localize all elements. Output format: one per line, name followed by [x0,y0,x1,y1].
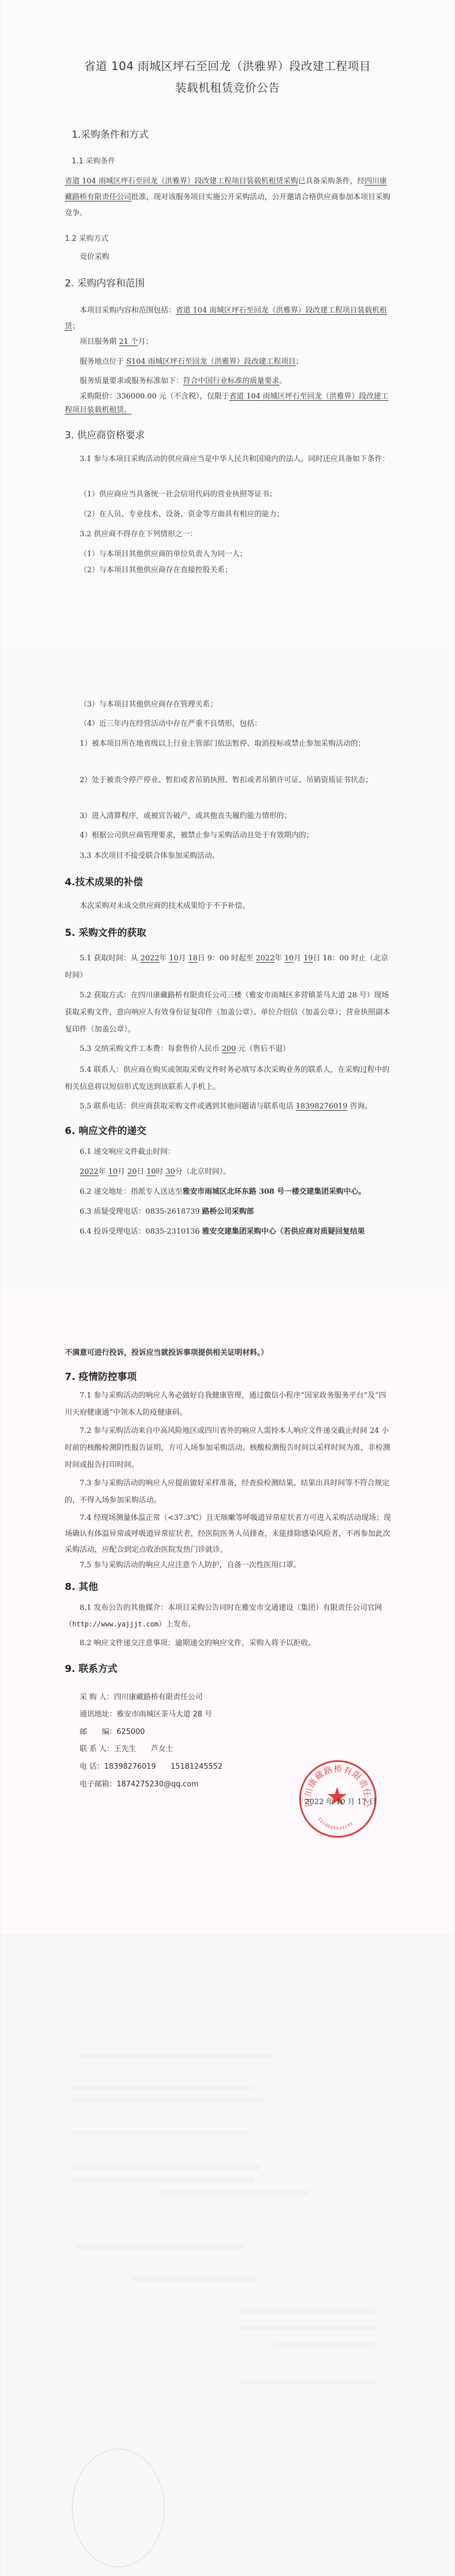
section-7-4: 7.4 经现场测量体温正常（<37.3℃）且无咳嗽等呼吸道异常症状者方可进入采购… [65,1510,391,1558]
text: 路桥公司采购部 [202,1207,254,1216]
price-limit: 采购限价：336000.00 元（不含税），仅限于省道 104 雨城区坪石至回龙… [65,390,391,417]
label: 电子邮箱： [80,1780,117,1789]
show-through-line [239,2380,376,2385]
deadline-day: 20 [127,1168,137,1176]
contact-person-row: 联 系 人：王先生 芦女士 [65,1741,391,1757]
show-through-line [72,2098,265,2103]
address-value: 雅安市雨城区茶马大道 28 号 [117,1710,212,1719]
deadline-month: 10 [108,1168,118,1176]
text: 6.4 投诉受理电话：0835-2310136 [80,1227,200,1236]
show-through-line [72,2165,259,2170]
section-3-2-sub-1: 1）被本项目所在地省级以上行业主管部门依法暂停、取消投标或禁止参加采购活动的； [65,736,391,753]
section-8-1: 8.1 发布公告的其他媒介：本项目采购公告同时在雅安市交通建设（集团）有限责任公… [65,1600,391,1633]
section-3-2-sub-3: 3）进入清算程序，或被宣告破产，或其他丧失履约能力情形的； [65,808,391,824]
email-value[interactable]: 1874275230@qq.com [117,1780,198,1789]
text: 6.3 质疑受理电话：0835-2618739 [80,1207,200,1216]
section-3-2-item-3: （3）与本项目其他供应商存在管理关系； [65,697,391,713]
text: ； [72,322,80,331]
section-7-5: 7.5 参与采购活动的响应人应注意个人防护，自备一次性医用口罩。 [65,1558,391,1573]
project-name-underlined: 省道 104 雨城区坪石至回龙（洪雅界）段改建工程项目装载机租赁采购 [65,177,298,186]
end-day: 19 [304,954,313,963]
section-2-heading: 2. 采购内容和范围 [65,275,145,289]
location-value: S104 雨城区坪石至回龙（洪雅界）段改建工程项目 [126,358,296,366]
section-1-2-heading: 1.2 采购方式 [65,232,109,243]
section-3-1-item-1: （1）供应商应当具备统一社会信用代码的营业执照等证书； [65,487,391,503]
service-quality: 服务质量要求或服务标准如下：符合中国行业标准的质量要求。 [65,373,391,389]
section-6-3: 6.3 质疑受理电话：0835-2618739 路桥公司采购部 [65,1204,391,1220]
text: 雅安交建集团采购中心（若供应商对质疑回复结果 [202,1227,365,1236]
scope-paragraph: 本项目采购内容和范围包括：省道 104 雨城区坪石至回龙（洪雅界）段改建工程项目… [65,303,391,335]
show-through-line [72,2178,254,2183]
text: 5.5 联系电话：供应商获取采购文件或遇到其他问题请与联系电话 [80,1102,293,1111]
section-5-1: 5.1 获取时间：从 2022年 10月 18日 9：00 时起至 2022年 … [65,950,391,984]
text: 本项目采购内容和范围包括： [80,306,176,315]
section-6-1: 6.1 递交响应文件截止时间： [65,1144,391,1160]
title-line-1: 省道 104 雨城区坪石至回龙（洪雅界）段改建工程项目 [1,55,454,77]
text: 已具备采购条件，经 [298,177,365,186]
section-6-4-continued: 不满意可进行投诉，投诉应当就投诉事项提供相关证明材料。） [65,1345,391,1361]
section-7-2: 7.2 参与采购活动来自中高风险地区或四川省外的响应人需持本人响应文件递交截止时… [65,1423,391,1474]
text: 。 [279,377,287,385]
text: 元（售后不退） [238,1045,290,1053]
page-2: （3）与本项目其他供应商存在管理关系； （4）近三年内在经营活动中存在严重不良情… [1,644,454,1289]
signature-date: 2022 年 10 月 17 日 [305,1796,377,1806]
text: 月； [138,338,153,346]
label: 通讯地址： [80,1710,117,1719]
section-3-2-sub-4: 4）根据公司供应商管理要求，被禁止参与采购活动且处于有效期内的； [65,828,391,844]
section-3-2-item-1: （1）与本项目其他供应商的单位负责人为同一人； [65,547,391,562]
text: ）上发布。 [159,1620,196,1629]
text: 服务地点位于 [80,358,124,366]
text: 项目服务期 [80,338,117,346]
website-link[interactable]: http://www.yajjjt.com [72,1620,159,1628]
deadline-minute: 30 [166,1168,175,1176]
section-1-heading: 1.采购条件和方式 [72,126,148,141]
show-through-line [274,2343,376,2348]
seal-serial: 5118025034105 [317,1817,354,1830]
section-7-heading: 7. 疫情防控事项 [65,1369,136,1383]
service-period: 项目服务期 21 个月； [65,334,391,350]
text: 咨询。 [350,1102,372,1111]
section-5-heading: 5. 采购文件的获取 [65,925,146,939]
section-3-2-item-4: （4）近三年内在经营活动中存在严重不良情形，包括： [65,716,391,732]
label: 采 购 人： [80,1693,114,1702]
section-3-1: 3.1 参与本项目采购活动的供应商应当是中华人民共和国境内的法人。同时还应具备如… [65,451,391,467]
submission-deadline: 2022年 10月 20日 10时 30分（北京时间）。 [65,1164,391,1180]
end-month: 10 [284,954,294,963]
title-line-2: 装载机租赁竞价公告 [1,77,454,98]
text: 5.3 交纳采购文件工本费：每套售价人民币 [80,1045,220,1053]
section-5-4: 5.4 联系人：供应商在购买或领取采购文件时务必填写本次采购业务的联系人，在采购… [65,1062,391,1096]
deadline-hour: 10 [147,1168,156,1176]
svg-text:5118025034105: 5118025034105 [317,1817,354,1830]
section-5-2: 5.2 获取方式：在四川康藏路桥有限责任公司三楼（雅安市雨城区多营镇茶马大道 2… [65,987,391,1038]
section-3-heading: 3. 供应商资格要求 [65,427,145,441]
end-year: 2022 [256,954,275,963]
show-through-line [131,2276,257,2281]
address-row: 通讯地址：雅安市雨城区茶马大道 28 号 [65,1707,391,1723]
section-4-heading: 4.技术成果的补偿 [65,874,143,888]
show-through-line [239,2308,376,2314]
section-3-2-sub-2: 2）处于被责令停产停业、暂扣或者吊销执照、暂扣或者吊销许可证、吊销资质证书状态； [65,772,391,789]
start-day: 18 [188,954,198,963]
section-8-2: 8.2 响应文件递交注意事项：逾期递交的响应文件，采购人将予以拒收。 [65,1636,391,1651]
section-7-1: 7.1 参与采购活动的响应人务必做好自我健康管理，通过微信小程序“国家政务服务平… [65,1387,391,1421]
page-1: 省道 104 雨城区坪石至回龙（洪雅界）段改建工程项目 装载机租赁竞价公告 1.… [1,0,454,644]
section-3-2: 3.2 供应商不得存在下列情形之一： [65,527,391,543]
section-1-1-heading: 1.1 采购条件 [72,155,115,166]
text: 分（北京时间）。 [175,1168,231,1176]
show-through-line [75,2244,245,2249]
section-4-text: 本次采购对未成交供应商的技术成果给于不予补偿。 [65,898,391,914]
procurement-method: 竞价采购 [65,249,391,265]
show-through-line [80,2053,274,2059]
service-location: 服务地点位于 S104 雨城区坪石至回龙（洪雅界）段改建工程项目； [65,354,391,370]
show-through-line [160,2190,308,2195]
text: ； [296,358,303,366]
section-6-2: 6.2 递交地址：指派专人送达至雅安市雨城区北环东路 308 号一楼交建集团采购… [65,1184,391,1200]
start-month: 10 [169,954,179,963]
section-9-heading: 9. 联系方式 [65,1661,117,1675]
text: 采购限价：336000.00 元（不含税），仅限于 [80,392,229,401]
show-through-line [72,2085,254,2090]
label: 邮 编： [80,1728,117,1736]
quality-value: 符合中国行业标准的质量要求 [183,377,279,385]
submission-address: 雅安市雨城区北环东路 308 号一楼交建集团采购中心。 [183,1188,366,1196]
contact-names: 王先生 芦女士 [114,1745,173,1753]
section-6-4: 6.4 投诉受理电话：0835-2310136 雅安交建集团采购中心（若供应商对… [65,1224,391,1240]
section-1-1-body: 省道 104 雨城区坪石至回龙（洪雅界）段改建工程项目装载机租赁采购已具备采购条… [65,174,391,221]
postcode-value: 625000 [117,1728,145,1736]
section-5-5: 5.5 联系电话：供应商获取采购文件或遇到其他问题请与联系电话 18398276… [65,1099,391,1115]
section-3-2-item-2: （2）与本项目其他供应商存在直接控股关系； [65,562,391,578]
show-through-line [239,2326,376,2331]
page-4-blank [1,1933,454,2576]
phone-numbers: 18398276019 15181245552 [104,1762,222,1771]
contact-phone: 18398276019 [296,1102,348,1111]
deadline-year: 2022 [80,1168,98,1176]
label: 联 系 人： [80,1745,114,1753]
fee-value: 200 [222,1045,236,1053]
text: 6.2 递交地址：指派专人送达至 [80,1188,183,1196]
show-through-seal [72,2448,165,2567]
purchaser-name: 四川康藏路桥有限责任公司 [114,1693,202,1702]
purchaser-row: 采 购 人：四川康藏路桥有限责任公司 [65,1690,391,1706]
label: 电 话： [80,1762,104,1771]
show-through-line [72,2131,248,2136]
page-3: 不满意可进行投诉，投诉应当就投诉事项提供相关证明材料。） 7. 疫情防控事项 7… [1,1289,454,1933]
section-5-3: 5.3 交纳采购文件工本费：每套售价人民币 200 元（售后不退） [65,1041,391,1057]
start-year: 2022 [140,954,159,963]
section-6-heading: 6. 响应文件的递交 [65,1123,146,1137]
postcode-row: 邮 编：625000 [65,1724,391,1740]
document-title: 省道 104 雨城区坪石至回龙（洪雅界）段改建工程项目 装载机租赁竞价公告 [1,55,454,98]
section-8-heading: 8. 其他 [65,1579,98,1593]
section-3-3: 3.3 本次项目不接受联合体参加采购活动。 [65,848,391,864]
text: 日 9：00 时起至 [197,954,253,963]
section-3-1-item-2: （2）在人员、专业技术、设备、资金等方面具有相应的能力； [65,507,391,523]
text: 5.1 获取时间：从 [80,954,138,963]
text: 服务质量要求或服务标准如下： [80,377,183,385]
period-value: 21 个 [119,338,138,346]
section-7-3: 7.3 参与采购活动的响应人应提前做好采样准备，经查验检测结果、结果出具时间等不… [65,1475,391,1509]
